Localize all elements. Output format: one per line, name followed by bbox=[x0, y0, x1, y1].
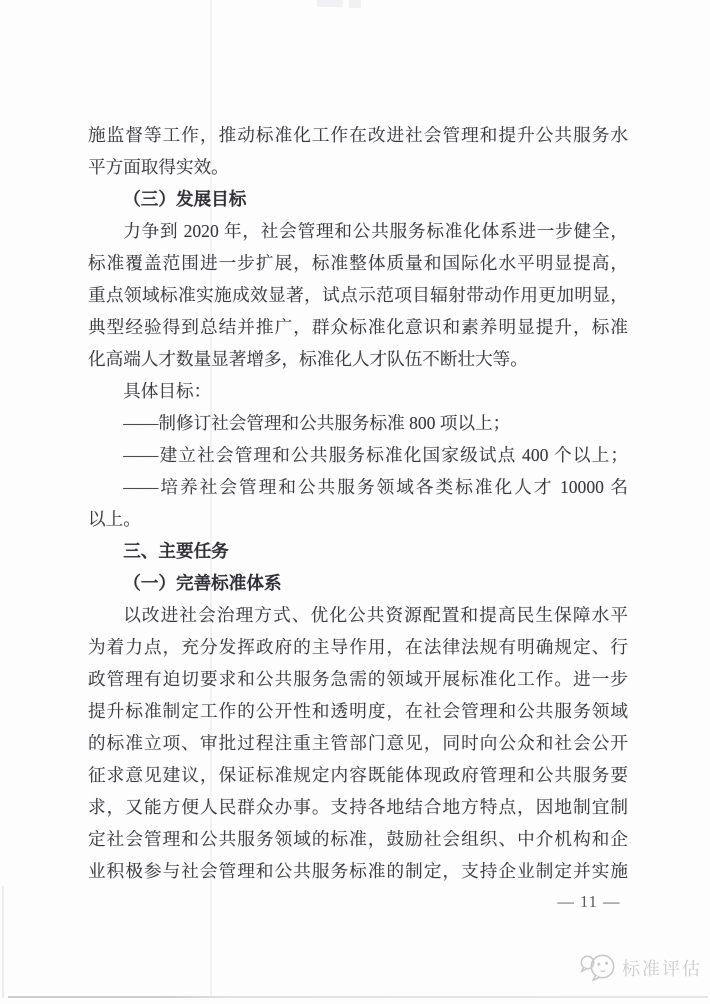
section-heading: （三）发展目标 bbox=[88, 183, 628, 215]
paragraph: 施监督等工作，推动标准化工作在改进社会管理和提升公共服务水平方面取得实效。 bbox=[88, 119, 628, 183]
text-line: 提升标准制定工作的公开性和透明度，在社会管理和公共服务领域 bbox=[88, 695, 628, 727]
text-line: 征求意见建议，保证标准规定内容既能体现政府管理和公共服务要 bbox=[88, 759, 628, 791]
text-line: 为着力点，充分发挥政府的主导作用，在法律法规有明确规定、行 bbox=[88, 631, 628, 663]
paragraph: ——培养社会管理和公共服务领域各类标准化人才 10000 名以上。 bbox=[88, 471, 628, 535]
text-line: 以上。 bbox=[88, 503, 628, 535]
text-line: 业积极参与社会管理和公共服务标准的制定，支持企业制定并实施 bbox=[88, 855, 628, 887]
watermark: 标准评估 bbox=[578, 949, 702, 987]
text-line: 三、主要任务 bbox=[88, 535, 628, 567]
page-number: — 11 — bbox=[551, 892, 627, 912]
text-line: （三）发展目标 bbox=[88, 183, 628, 215]
text-line: ——建立社会管理和公共服务标准化国家级试点 400 个以上； bbox=[88, 439, 628, 471]
text-line: 以改进社会治理方式、优化公共资源配置和提高民生保障水平 bbox=[88, 599, 628, 631]
paragraph: 具体目标： bbox=[88, 375, 628, 407]
text-line: 求，又能方便人民群众办事。支持各地结合地方特点，因地制宜制 bbox=[88, 791, 628, 823]
bottom-divider bbox=[8, 996, 708, 998]
scan-artifact-mark bbox=[317, 0, 343, 7]
scan-edge-shadow bbox=[2, 886, 4, 998]
text-line: 典型经验得到总结并推广，群众标准化意识和素养明显提升，标准 bbox=[88, 311, 628, 343]
text-line: 重点领域标准实施成效显著，试点示范项目辐射带动作用更加明显， bbox=[88, 279, 628, 311]
section-heading: （一）完善标准体系 bbox=[88, 567, 628, 599]
paragraph: ——制修订社会管理和公共服务标准 800 项以上； bbox=[88, 407, 628, 439]
paragraph: 以改进社会治理方式、优化公共资源配置和提高民生保障水平为着力点，充分发挥政府的主… bbox=[88, 599, 628, 887]
text-line: 具体目标： bbox=[88, 375, 628, 407]
text-line: 的标准立项、审批过程注重主管部门意见，同时向公众和社会公开 bbox=[88, 727, 628, 759]
scan-artifact-mark bbox=[349, 0, 361, 8]
chat-bubble-face-logo-icon bbox=[578, 949, 618, 987]
text-line: 化高端人才数量显著增多，标准化人才队伍不断壮大等。 bbox=[88, 343, 628, 375]
section-heading: 三、主要任务 bbox=[88, 535, 628, 567]
text-line: ——培养社会管理和公共服务领域各类标准化人才 10000 名 bbox=[88, 471, 628, 503]
watermark-label: 标准评估 bbox=[622, 955, 702, 981]
document-body: 施监督等工作，推动标准化工作在改进社会管理和提升公共服务水平方面取得实效。（三）… bbox=[88, 119, 628, 887]
text-line: （一）完善标准体系 bbox=[88, 567, 628, 599]
paragraph: ——建立社会管理和公共服务标准化国家级试点 400 个以上； bbox=[88, 439, 628, 471]
paragraph: 力争到 2020 年，社会管理和公共服务标准化体系进一步健全，标准覆盖范围进一步… bbox=[88, 215, 628, 375]
text-line: 标准覆盖范围进一步扩展，标准整体质量和国际化水平明显提高， bbox=[88, 247, 628, 279]
scanned-document-page: 施监督等工作，推动标准化工作在改进社会管理和提升公共服务水平方面取得实效。（三）… bbox=[0, 0, 710, 1004]
text-line: 定社会管理和公共服务领域的标准，鼓励社会组织、中介机构和企 bbox=[88, 823, 628, 855]
text-line: ——制修订社会管理和公共服务标准 800 项以上； bbox=[88, 407, 628, 439]
text-line: 政管理有迫切要求和公共服务急需的领域开展标准化工作。进一步 bbox=[88, 663, 628, 695]
text-line: 力争到 2020 年，社会管理和公共服务标准化体系进一步健全， bbox=[88, 215, 628, 247]
text-line: 平方面取得实效。 bbox=[88, 151, 628, 183]
text-line: 施监督等工作，推动标准化工作在改进社会管理和提升公共服务水 bbox=[88, 119, 628, 151]
